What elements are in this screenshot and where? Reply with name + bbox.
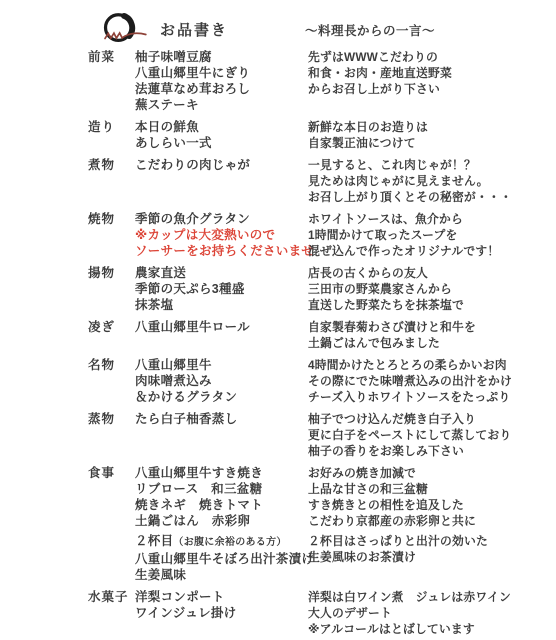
enso-brush-logo-icon [98,11,150,47]
chef-comment-line: 混ぜ込んで作ったオリジナルです！ [308,243,552,259]
section-body: 八重山郷里牛ロール自家製春菊わさび漬けと和牛を土鍋ごはんで包みました [135,319,552,351]
section-body: 農家直送季節の天ぷら3種盛抹茶塩店長の古くからの友人三田市の野菜農家さんから直送… [135,265,552,313]
menu-block: ２杯目（お腹に余裕のある方）八重山郷里牛そぼろ出汁茶漬け生姜風味２杯目はさっぱり… [135,533,552,583]
dish-text: 八重山郷里牛すき焼き [135,466,263,480]
chef-comment-line: 4時間かけたとろとろの柔らかいお肉 [308,357,552,373]
chef-comment-line: 土鍋ごはんで包みました [308,335,552,351]
dish-text: 本日の鮮魚 [135,120,199,134]
dish-text: 季節の天ぷら3種盛 [135,282,245,296]
dish-column: 洋梨コンポートワインジュレ掛け [135,589,308,637]
dish-column: 柚子味噌豆腐八重山郷里牛にぎり法蓮草なめ茸おろし蕪ステーキ [135,49,308,113]
menu-block: 季節の魚介グラタン※カップは大変熱いのでソーサーをお持ちくださいませホワイトソー… [135,211,552,259]
chef-comment-line: 三田市の野菜農家さんから [308,281,552,297]
chef-comment-line: その際にでた味噌煮込みの出汁をかけ [308,373,552,389]
dish-text: 肉味噌煮込み [135,374,212,388]
dish-line: ＆かけるグラタン [135,389,308,405]
chef-comment-line: 直送した野菜たちを抹茶塩で [308,297,552,313]
menu-section: 蒸物たら白子柚香蒸し柚子でつけ込んだ焼き白子入り更に白子をペーストにして蒸してお… [88,411,552,459]
category-label: 焼物 [88,211,135,259]
dish-column: たら白子柚香蒸し [135,411,308,459]
menu-block: 農家直送季節の天ぷら3種盛抹茶塩店長の古くからの友人三田市の野菜農家さんから直送… [135,265,552,313]
dish-text: 農家直送 [135,266,186,280]
dish-line: 土鍋ごはん 赤彩卵 [135,513,308,529]
dish-column: こだわりの肉じゃが [135,157,308,205]
category-label: 造り [88,119,135,151]
comment-column: ２杯目はさっぱりと出汁の効いた生姜風味のお茶漬け [308,533,552,583]
dish-line: こだわりの肉じゃが [135,157,308,173]
dish-line: 農家直送 [135,265,308,281]
dish-line: 八重山郷里牛そぼろ出汁茶漬け [135,551,308,567]
chef-comment-heading: ～料理長からの一言～ [305,21,435,39]
dish-line: 洋梨コンポート [135,589,308,605]
dish-column: 八重山郷里牛ロール [135,319,308,351]
dish-text: ＆かけるグラタン [135,390,237,404]
dish-text: たら白子柚香蒸し [135,412,237,426]
dish-column: 本日の鮮魚あしらい一式 [135,119,308,151]
dish-line: 八重山郷里牛にぎり [135,65,308,81]
menu-section: 揚物農家直送季節の天ぷら3種盛抹茶塩店長の古くからの友人三田市の野菜農家さんから… [88,265,552,313]
menu-block: たら白子柚香蒸し柚子でつけ込んだ焼き白子入り更に白子をペーストにして蒸しており柚… [135,411,552,459]
dish-text: ソーサーをお持ちくださいませ [135,244,314,258]
dish-text: あしらい一式 [135,136,212,150]
chef-comment-line: 1時間かけて取ったスープを [308,227,552,243]
dish-line: リブロース 和三盆糖 [135,481,308,497]
dish-column: 八重山郷里牛すき焼きリブロース 和三盆糖焼きネギ 焼きトマト土鍋ごはん 赤彩卵 [135,465,308,529]
chef-comment-line: 自家製春菊わさび漬けと和牛を [308,319,552,335]
dish-text: ２杯目 [135,534,173,548]
dish-text: 生姜風味 [135,568,186,582]
menu-block: こだわりの肉じゃが一見すると、これ肉じゃが！？見ためは肉じゃがに見えません。お召… [135,157,552,205]
comment-column: 洋梨は白ワイン煮 ジュレは赤ワイン大人のデザート※アルコールはとばしています [308,589,552,637]
dish-column: ２杯目（お腹に余裕のある方）八重山郷里牛そぼろ出汁茶漬け生姜風味 [135,533,308,583]
dish-note-small: （お腹に余裕のある方） [173,537,286,548]
section-body: 季節の魚介グラタン※カップは大変熱いのでソーサーをお持ちくださいませホワイトソー… [135,211,552,259]
chef-comment-line: 一見すると、これ肉じゃが！？ [308,157,552,173]
section-body: 柚子味噌豆腐八重山郷里牛にぎり法蓮草なめ茸おろし蕪ステーキ先ずはWWWこだわりの… [135,49,552,113]
menu-section: 煮物こだわりの肉じゃが一見すると、これ肉じゃが！？見ためは肉じゃがに見えません。… [88,157,552,205]
chef-comment-line: 先ずはWWWこだわりの [308,49,552,65]
dish-text: 柚子味噌豆腐 [135,50,212,64]
dish-line: 柚子味噌豆腐 [135,49,308,65]
category-label: 蒸物 [88,411,135,459]
category-label: 水菓子 [88,589,135,637]
comment-column: 先ずはWWWこだわりの和食・お肉・産地直送野菜からお召し上がり下さい [308,49,552,113]
dish-text: 抹茶塩 [135,298,173,312]
dish-text: 蕪ステーキ [135,98,199,112]
menu-section: 食事八重山郷里牛すき焼きリブロース 和三盆糖焼きネギ 焼きトマト土鍋ごはん 赤彩… [88,465,552,583]
enso-logo-svg [98,11,150,47]
category-label: 凌ぎ [88,319,135,351]
chef-comment-line: 洋梨は白ワイン煮 ジュレは赤ワイン [308,589,552,605]
menu-section: 名物八重山郷里牛肉味噌煮込み＆かけるグラタン4時間かけたとろとろの柔らかいお肉そ… [88,357,552,405]
chef-comment-line: 柚子の香りをお楽しみ下さい [308,443,552,459]
chef-comment-line: 店長の古くからの友人 [308,265,552,281]
chef-comment-line: ２杯目はさっぱりと出汁の効いた [308,533,552,549]
chef-comment-line: 自家製正油につけて [308,135,552,151]
menu-body: 前菜柚子味噌豆腐八重山郷里牛にぎり法蓮草なめ茸おろし蕪ステーキ先ずはWWWこだわ… [88,49,552,640]
chef-comment-line: ※アルコールはとばしています [308,621,552,637]
dish-text: 洋梨コンポート [135,590,225,604]
dish-text: 八重山郷里牛にぎり [135,66,250,80]
menu-block: 洋梨コンポートワインジュレ掛け洋梨は白ワイン煮 ジュレは赤ワイン大人のデザート※… [135,589,552,637]
dish-text: 八重山郷里牛ロール [135,320,250,334]
dish-line: 生姜風味 [135,567,308,583]
chef-comment-line: からお召し上がり下さい [308,81,552,97]
chef-comment-line: 見ためは肉じゃがに見えません。 [308,173,552,189]
dish-line: 八重山郷里牛すき焼き [135,465,308,481]
section-body: たら白子柚香蒸し柚子でつけ込んだ焼き白子入り更に白子をペーストにして蒸しており柚… [135,411,552,459]
comment-column: 柚子でつけ込んだ焼き白子入り更に白子をペーストにして蒸しており柚子の香りをお楽し… [308,411,552,459]
menu-section: 造り本日の鮮魚あしらい一式新鮮な本日のお造りは自家製正油につけて [88,119,552,151]
dish-text: ※カップは大変熱いので [135,228,275,242]
dish-note: ※カップは大変熱いので [135,227,308,243]
comment-column: 自家製春菊わさび漬けと和牛を土鍋ごはんで包みました [308,319,552,351]
dish-line: 八重山郷里牛ロール [135,319,308,335]
chef-comment-line: 和食・お肉・産地直送野菜 [308,65,552,81]
dish-line: たら白子柚香蒸し [135,411,308,427]
comment-column: 新鮮な本日のお造りは自家製正油につけて [308,119,552,151]
dish-text: 季節の魚介グラタン [135,212,250,226]
dish-line: 八重山郷里牛 [135,357,308,373]
dish-text: 法蓮草なめ茸おろし [135,82,250,96]
dish-text: 八重山郷里牛 [135,358,212,372]
menu-section: 水菓子洋梨コンポートワインジュレ掛け洋梨は白ワイン煮 ジュレは赤ワイン大人のデザ… [88,589,552,637]
chef-comment-line: 柚子でつけ込んだ焼き白子入り [308,411,552,427]
dish-line: 本日の鮮魚 [135,119,308,135]
chef-comment-line: すき焼きとの相性を追及した [308,497,552,513]
menu-section: 凌ぎ八重山郷里牛ロール自家製春菊わさび漬けと和牛を土鍋ごはんで包みました [88,319,552,351]
comment-column: 店長の古くからの友人三田市の野菜農家さんから直送した野菜たちを抹茶塩で [308,265,552,313]
menu-block: 本日の鮮魚あしらい一式新鮮な本日のお造りは自家製正油につけて [135,119,552,151]
chef-comment-line: 大人のデザート [308,605,552,621]
category-label: 名物 [88,357,135,405]
dish-line: 肉味噌煮込み [135,373,308,389]
chef-comment-line: お好みの焼き加減で [308,465,552,481]
dish-text: 土鍋ごはん 赤彩卵 [135,514,250,528]
dish-line: ２杯目（お腹に余裕のある方） [135,533,308,551]
chef-comment-line: 新鮮な本日のお造りは [308,119,552,135]
menu-page: お品書き ～料理長からの一言～ 前菜柚子味噌豆腐八重山郷里牛にぎり法蓮草なめ茸お… [0,0,556,640]
menu-section: 前菜柚子味噌豆腐八重山郷里牛にぎり法蓮草なめ茸おろし蕪ステーキ先ずはWWWこだわ… [88,49,552,113]
chef-comment-line: チーズ入りホワイトソースをたっぷり [308,389,552,405]
dish-line: 蕪ステーキ [135,97,308,113]
section-body: 八重山郷里牛肉味噌煮込み＆かけるグラタン4時間かけたとろとろの柔らかいお肉その際… [135,357,552,405]
chef-comment-line: 生姜風味のお茶漬け [308,549,552,565]
menu-section: 焼物季節の魚介グラタン※カップは大変熱いのでソーサーをお持ちくださいませホワイト… [88,211,552,259]
chef-comment-line: ホワイトソースは、魚介から [308,211,552,227]
dish-column: 季節の魚介グラタン※カップは大変熱いのでソーサーをお持ちくださいませ [135,211,308,259]
dish-text: こだわりの肉じゃが [135,158,250,172]
chef-comment-line: 上品な甘さの和三盆糖 [308,481,552,497]
dish-text: 八重山郷里牛そぼろ出汁茶漬け [135,552,314,566]
comment-column: ホワイトソースは、魚介から1時間かけて取ったスープを混ぜ込んで作ったオリジナルで… [308,211,552,259]
chef-comment-line: 更に白子をペーストにして蒸しており [308,427,552,443]
chef-comment-line: こだわり京都産の赤彩卵と共に [308,513,552,529]
dish-column: 農家直送季節の天ぷら3種盛抹茶塩 [135,265,308,313]
dish-line: 法蓮草なめ茸おろし [135,81,308,97]
dish-line: 焼きネギ 焼きトマト [135,497,308,513]
dish-line: 季節の魚介グラタン [135,211,308,227]
menu-block: 八重山郷里牛すき焼きリブロース 和三盆糖焼きネギ 焼きトマト土鍋ごはん 赤彩卵お… [135,465,552,529]
dish-text: リブロース 和三盆糖 [135,482,262,496]
section-body: こだわりの肉じゃが一見すると、これ肉じゃが！？見ためは肉じゃがに見えません。お召… [135,157,552,205]
dish-text: ワインジュレ掛け [135,606,236,620]
chef-comment-line: お召し上がり頂くとその秘密が・・・ [308,189,552,205]
dish-note: ソーサーをお持ちくださいませ [135,243,308,259]
category-label: 前菜 [88,49,135,113]
dish-line: 抹茶塩 [135,297,308,313]
dish-line: ワインジュレ掛け [135,605,308,621]
page-title: お品書き [160,19,228,40]
comment-column: 一見すると、これ肉じゃが！？見ためは肉じゃがに見えません。お召し上がり頂くとその… [308,157,552,205]
menu-block: 柚子味噌豆腐八重山郷里牛にぎり法蓮草なめ茸おろし蕪ステーキ先ずはWWWこだわりの… [135,49,552,113]
category-label: 揚物 [88,265,135,313]
comment-column: 4時間かけたとろとろの柔らかいお肉その際にでた味噌煮込みの出汁をかけチーズ入りホ… [308,357,552,405]
dish-column: 八重山郷里牛肉味噌煮込み＆かけるグラタン [135,357,308,405]
menu-block: 八重山郷里牛ロール自家製春菊わさび漬けと和牛を土鍋ごはんで包みました [135,319,552,351]
dish-text: 焼きネギ 焼きトマト [135,498,263,512]
dish-line: 季節の天ぷら3種盛 [135,281,308,297]
category-label: 食事 [88,465,135,583]
section-body: 八重山郷里牛すき焼きリブロース 和三盆糖焼きネギ 焼きトマト土鍋ごはん 赤彩卵お… [135,465,552,583]
dish-line: あしらい一式 [135,135,308,151]
section-body: 本日の鮮魚あしらい一式新鮮な本日のお造りは自家製正油につけて [135,119,552,151]
section-body: 洋梨コンポートワインジュレ掛け洋梨は白ワイン煮 ジュレは赤ワイン大人のデザート※… [135,589,552,637]
comment-column: お好みの焼き加減で上品な甘さの和三盆糖すき焼きとの相性を追及したこだわり京都産の… [308,465,552,529]
category-label: 煮物 [88,157,135,205]
menu-block: 八重山郷里牛肉味噌煮込み＆かけるグラタン4時間かけたとろとろの柔らかいお肉その際… [135,357,552,405]
